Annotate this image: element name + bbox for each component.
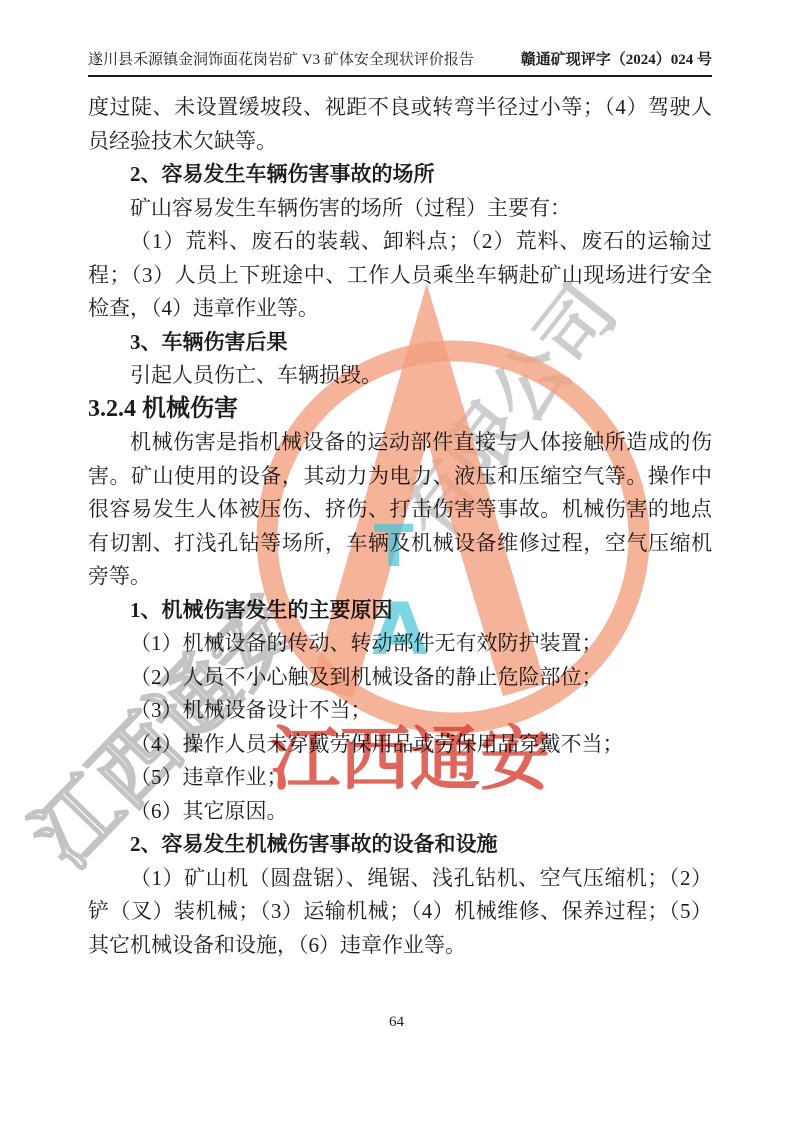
heading: 2、容易发生机械伤害事故的设备和设施 (88, 828, 712, 862)
paragraph: （1）矿山机（圆盘锯）、绳锯、浅孔钻机、空气压缩机；（2）铲（叉）装机械；（3）… (88, 862, 712, 963)
document-body: 度过陡、未设置缓坡段、视距不良或转弯半径过小等；（4）驾驶人员经验技术欠缺等。2… (88, 91, 712, 962)
heading: 1、机械伤害发生的主要原因 (88, 594, 712, 628)
paragraph: 引起人员伤亡、车辆损毁。 (88, 359, 712, 393)
paragraph: （5）违章作业； (88, 761, 712, 795)
heading: 2、容易发生车辆伤害事故的场所 (88, 158, 712, 192)
paragraph: （1）荒料、废石的装载、卸料点；（2）荒料、废石的运输过程；（3）人员上下班途中… (88, 225, 712, 326)
paragraph: （4）操作人员未穿戴劳保用品或劳保用品穿戴不当； (88, 728, 712, 762)
paragraph: 机械伤害是指机械设备的运动部件直接与人体接触所造成的伤害。矿山使用的设备，其动力… (88, 426, 712, 594)
page-footer: 64 (0, 1014, 793, 1031)
header-doc-number: 赣通矿现评字（2024）024 号 (521, 50, 712, 70)
paragraph: （3）机械设备设计不当； (88, 694, 712, 728)
page-number: 64 (389, 1014, 404, 1030)
heading: 3、车辆伤害后果 (88, 326, 712, 360)
document-page: 遂川县禾源镇金洞饰面花岗岩矿 V3 矿体安全现状评价报告 赣通矿现评字（2024… (0, 0, 793, 1122)
page-header: 遂川县禾源镇金洞饰面花岗岩矿 V3 矿体安全现状评价报告 赣通矿现评字（2024… (88, 50, 712, 77)
paragraph: 矿山容易发生车辆伤害的场所（过程）主要有： (88, 192, 712, 226)
paragraph: （6）其它原因。 (88, 795, 712, 829)
header-title: 遂川县禾源镇金洞饰面花岗岩矿 V3 矿体安全现状评价报告 (88, 50, 474, 70)
paragraph: 度过陡、未设置缓坡段、视距不良或转弯半径过小等；（4）驾驶人员经验技术欠缺等。 (88, 91, 712, 158)
heading: 3.2.4 机械伤害 (88, 393, 712, 427)
paragraph: （1）机械设备的传动、转动部件无有效防护装置； (88, 627, 712, 661)
paragraph: （2）人员不小心触及到机械设备的静止危险部位； (88, 661, 712, 695)
